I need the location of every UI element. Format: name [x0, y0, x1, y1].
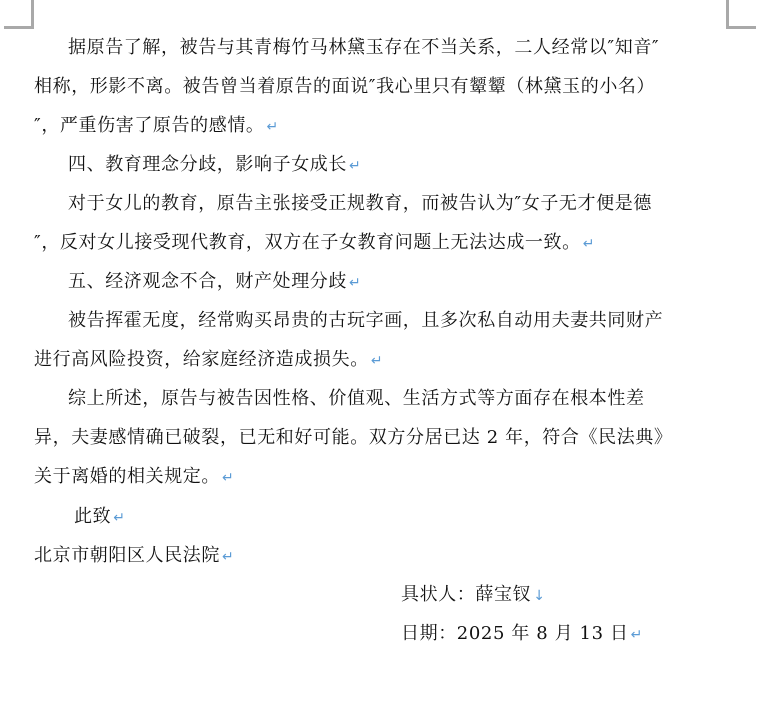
paragraph-text: 关于离婚的相关规定。	[34, 466, 220, 487]
section-heading: 五、经济观念不合，财产处理分歧↵	[68, 271, 361, 294]
paragraph-mark-icon: ↵	[371, 353, 383, 369]
paragraph-line: 关于离婚的相关规定。↵	[34, 466, 234, 489]
date-text: 日期：2025 年 8 月 13 日	[401, 623, 629, 644]
paragraph-line: 异，夫妻感情确已破裂，已无和好可能。双方分居已达 2 年，符合《民法典》	[34, 427, 673, 449]
line-break-mark-icon: ↓	[533, 588, 545, 604]
paragraph-line: 综上所述，原告与被告因性格、价值观、生活方式等方面存在根本性差	[68, 388, 645, 410]
heading-text: 四、教育理念分歧，影响子女成长	[68, 154, 347, 175]
paragraph-line: 相称，形影不离。被告曾当着原告的面说″我心里只有颦颦（林黛玉的小名）	[34, 76, 655, 98]
paragraph-mark-icon: ↵	[222, 549, 234, 565]
paragraph-mark-icon: ↵	[631, 627, 643, 643]
closing-salutation: 此致↵	[74, 506, 126, 529]
paragraph-mark-icon: ↵	[267, 119, 279, 135]
salutation-text: 此致	[74, 506, 111, 527]
paragraph-text: 被告挥霍无度，经常购买昂贵的古玩字画，且多次私自动用夫妻共同财产	[68, 310, 663, 331]
paragraph-mark-icon: ↵	[349, 158, 361, 174]
court-name: 北京市朝阳区人民法院↵	[34, 545, 234, 568]
paragraph-line: 据原告了解，被告与其青梅竹马林黛玉存在不当关系，二人经常以″知音″	[68, 37, 659, 59]
paragraph-mark-icon: ↵	[113, 510, 125, 526]
paragraph-mark-icon: ↵	[583, 236, 595, 252]
paragraph-text: 异，夫妻感情确已破裂，已无和好可能。双方分居已达 2 年，符合《民法典》	[34, 427, 673, 448]
paragraph-text: 综上所述，原告与被告因性格、价值观、生活方式等方面存在根本性差	[68, 388, 645, 409]
court-text: 北京市朝阳区人民法院	[34, 545, 220, 566]
paragraph-line: ″，反对女儿接受现代教育，双方在子女教育问题上无法达成一致。↵	[34, 232, 595, 255]
paragraph-mark-icon: ↵	[349, 275, 361, 291]
paragraph-text: ″，严重伤害了原告的感情。	[34, 115, 265, 136]
signature-plaintiff: 具状人：薛宝钗↓	[401, 584, 546, 607]
paragraph-line: 被告挥霍无度，经常购买昂贵的古玩字画，且多次私自动用夫妻共同财产	[68, 310, 663, 332]
paragraph-line: 对于女儿的教育，原告主张接受正规教育，而被告认为″女子无才便是德	[68, 193, 652, 215]
paragraph-text: 相称，形影不离。被告曾当着原告的面说″我心里只有颦颦（林黛玉的小名）	[34, 76, 655, 97]
signature-date: 日期：2025 年 8 月 13 日↵	[401, 623, 643, 646]
paragraph-text: 进行高风险投资，给家庭经济造成损失。	[34, 349, 369, 370]
crop-mark-top-right-horizontal	[726, 26, 756, 29]
crop-mark-top-left-vertical	[31, 0, 34, 29]
crop-mark-top-left-horizontal	[4, 26, 34, 29]
paragraph-text: 据原告了解，被告与其青梅竹马林黛玉存在不当关系，二人经常以″知音″	[68, 37, 659, 58]
crop-mark-top-right-vertical	[726, 0, 729, 29]
paragraph-text: 对于女儿的教育，原告主张接受正规教育，而被告认为″女子无才便是德	[68, 193, 652, 214]
paragraph-mark-icon: ↵	[222, 470, 234, 486]
paragraph-line: 进行高风险投资，给家庭经济造成损失。↵	[34, 349, 383, 372]
paragraph-line: ″，严重伤害了原告的感情。↵	[34, 115, 279, 138]
heading-text: 五、经济观念不合，财产处理分歧	[68, 271, 347, 292]
paragraph-text: ″，反对女儿接受现代教育，双方在子女教育问题上无法达成一致。	[34, 232, 581, 253]
plaintiff-text: 具状人：薛宝钗	[401, 584, 531, 605]
section-heading: 四、教育理念分歧，影响子女成长↵	[68, 154, 361, 177]
